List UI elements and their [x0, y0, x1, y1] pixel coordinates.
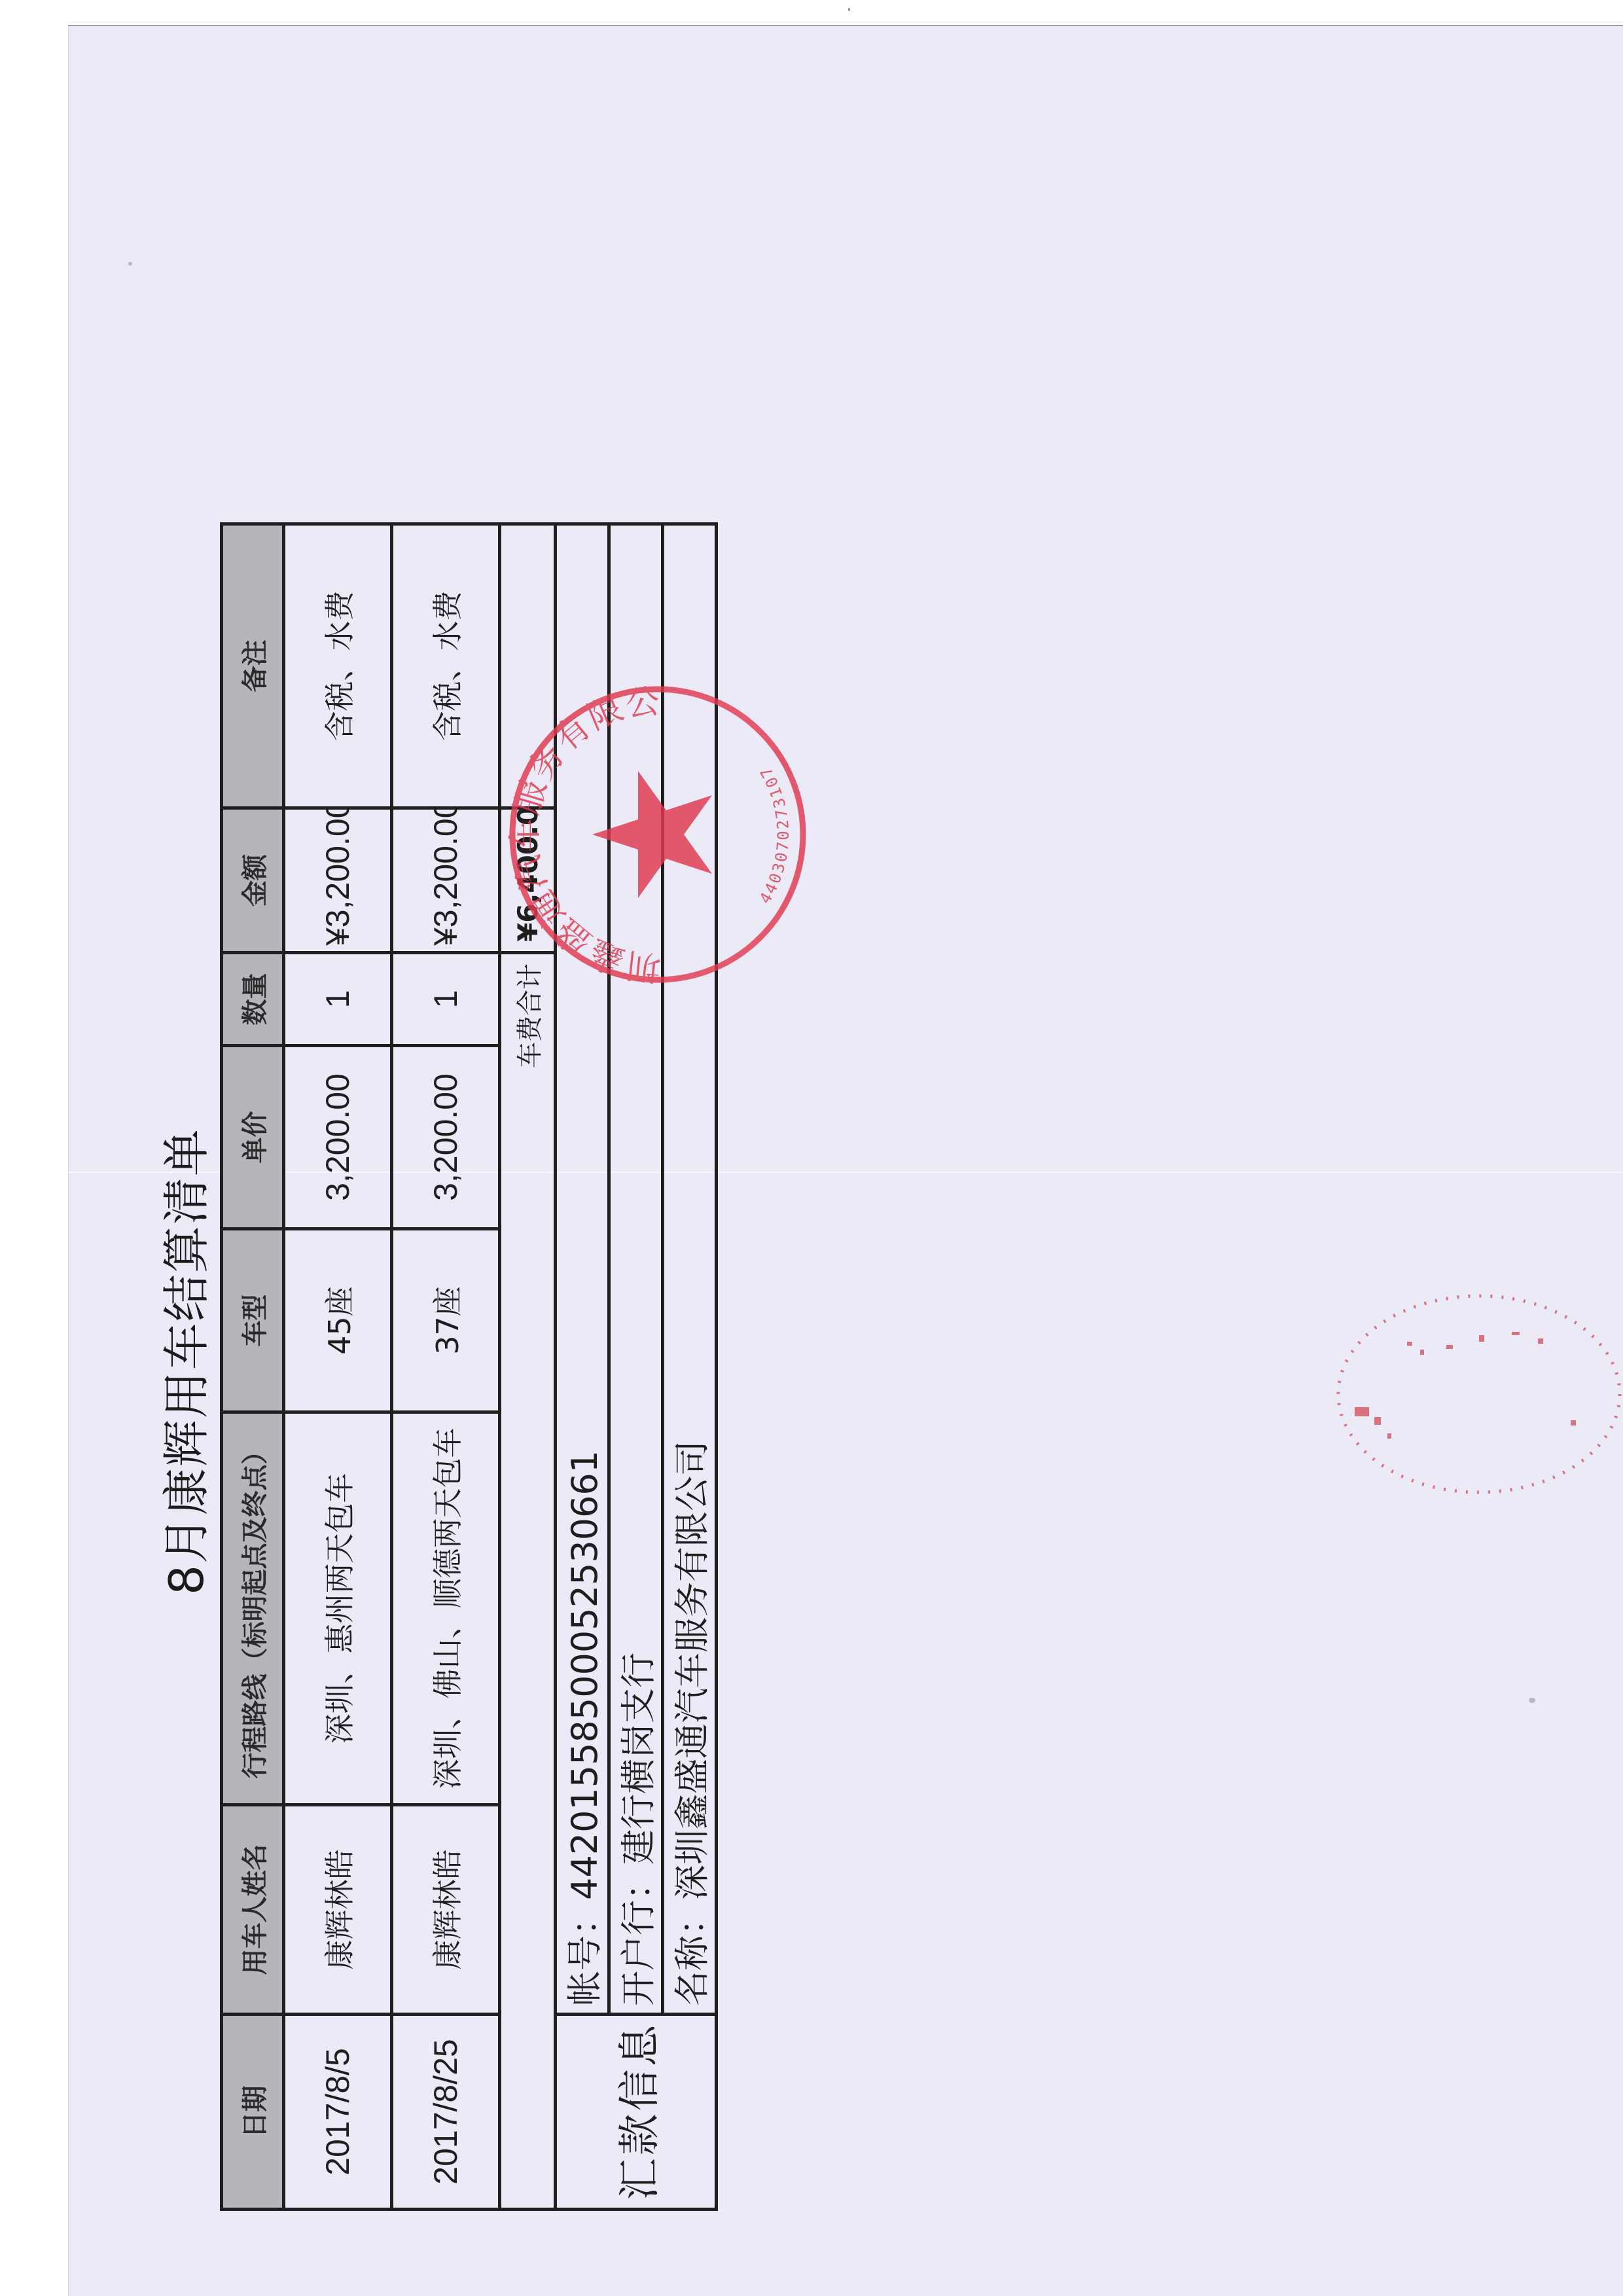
- cell-route: 深圳、佛山、顺德两天包车: [392, 1412, 500, 1805]
- payment-bank-row: 开户行：建行横岗支行: [609, 524, 663, 2210]
- table-header-row: 日期 用车人姓名 行程路线（标明起点及终点） 车型 单价 数量 金额 备注: [222, 524, 284, 2210]
- payment-name: 名称：深圳鑫盛通汽车服务有限公司: [663, 524, 717, 2015]
- cell-quantity: 1: [392, 953, 500, 1046]
- cell-unit-price: 3,200.00: [284, 1046, 392, 1229]
- cell-amount: ¥3,200.00: [284, 808, 392, 953]
- cell-user: 康辉林皓: [392, 1805, 500, 2015]
- cell-amount: ¥3,200.00: [392, 808, 500, 953]
- column-header-route: 行程路线（标明起点及终点）: [222, 1412, 284, 1805]
- total-label: 车费合计: [500, 953, 556, 2210]
- payment-section-label: 汇款信息: [556, 2015, 717, 2210]
- column-header-unit-price: 单价: [222, 1046, 284, 1229]
- cell-vehicle: 45座: [284, 1229, 392, 1412]
- cell-quantity: 1: [284, 953, 392, 1046]
- cell-user: 康辉林皓: [284, 1805, 392, 2015]
- total-row: 车费合计 ¥6,400.00: [500, 524, 556, 2210]
- cell-date: 2017/8/5: [284, 2015, 392, 2210]
- column-header-remark: 备注: [222, 524, 284, 808]
- payment-account-row: 汇款信息 帐号：44201558500052530661: [556, 524, 609, 2210]
- total-blank-cell: [500, 524, 556, 808]
- cell-remark: 含税、水费: [392, 524, 500, 808]
- settlement-table: 日期 用车人姓名 行程路线（标明起点及终点） 车型 单价 数量 金额 备注 20…: [220, 526, 718, 2211]
- cell-unit-price: 3,200.00: [392, 1046, 500, 1229]
- column-header-quantity: 数量: [222, 953, 284, 1046]
- scan-speck: [848, 8, 850, 11]
- column-header-date: 日期: [222, 2015, 284, 2210]
- payment-account: 帐号：44201558500052530661: [556, 524, 609, 2015]
- scan-speck: [1529, 1698, 1535, 1703]
- column-header-vehicle: 车型: [222, 1229, 284, 1412]
- cell-date: 2017/8/25: [392, 2015, 500, 2210]
- column-header-user: 用车人姓名: [222, 1805, 284, 2015]
- payment-name-row: 名称：深圳鑫盛通汽车服务有限公司: [663, 524, 717, 2210]
- table-row: 2017/8/5 康辉林皓 深圳、惠州两天包车 45座 3,200.00 1 ¥…: [284, 524, 392, 2210]
- cell-remark: 含税、水费: [284, 524, 392, 808]
- scan-speck: [128, 262, 132, 266]
- cell-vehicle: 37座: [392, 1229, 500, 1412]
- payment-bank: 开户行：建行横岗支行: [609, 524, 663, 2015]
- column-header-amount: 金额: [222, 808, 284, 953]
- cell-route: 深圳、惠州两天包车: [284, 1412, 392, 1805]
- total-amount: ¥6,400.00: [500, 808, 556, 953]
- document-title: 8月康辉用车结算清单: [156, 1073, 218, 1649]
- table-row: 2017/8/25 康辉林皓 深圳、佛山、顺德两天包车 37座 3,200.00…: [392, 524, 500, 2210]
